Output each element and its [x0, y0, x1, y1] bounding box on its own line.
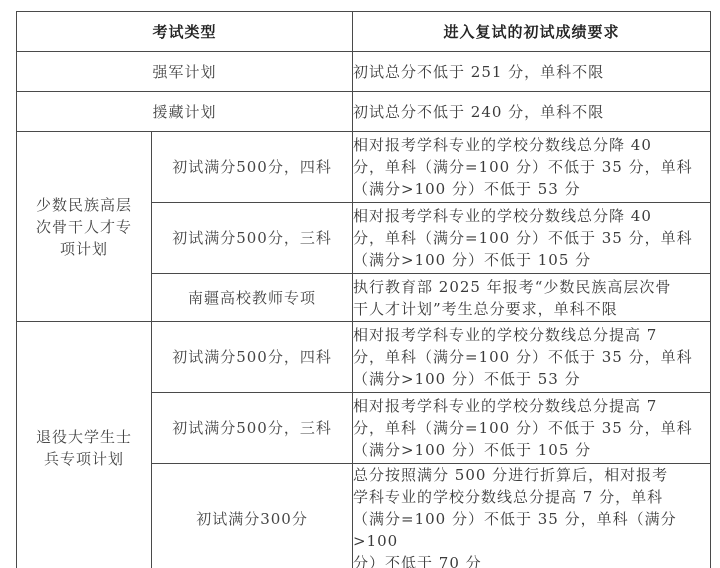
- table-row-minority-four-subjects: 少数民族高层 次骨干人才专 项计划 初试满分500分，四科 相对报考学科专业的学…: [17, 132, 711, 203]
- requirement-cell: 初试总分不低于 240 分，单科不限: [353, 92, 711, 132]
- subtype-cell: 初试满分500分，四科: [152, 322, 353, 393]
- subtype-cell: 初试满分500分，四科: [152, 132, 353, 203]
- table-row-yuanzang: 援藏计划 初试总分不低于 240 分，单科不限: [17, 92, 711, 132]
- subtype-cell: 初试满分500分，三科: [152, 203, 353, 274]
- exam-type-cell: 强军计划: [17, 52, 353, 92]
- group-cell-veteran: 退役大学生士 兵专项计划: [17, 322, 152, 568]
- requirement-cell: 初试总分不低于 251 分，单科不限: [353, 52, 711, 92]
- table-row-veteran-four-subjects: 退役大学生士 兵专项计划 初试满分500分，四科 相对报考学科专业的学校分数线总…: [17, 322, 711, 393]
- exam-type-cell: 援藏计划: [17, 92, 353, 132]
- subtype-cell: 南疆高校教师专项: [152, 274, 353, 322]
- header-row: 考试类型 进入复试的初试成绩要求: [17, 12, 711, 52]
- header-requirement: 进入复试的初试成绩要求: [353, 12, 711, 52]
- header-exam-type: 考试类型: [17, 12, 353, 52]
- requirement-cell: 执行教育部 2025 年报考“少数民族高层次骨 干人才计划”考生总分要求，单科不…: [353, 274, 711, 322]
- subtype-cell: 初试满分300分: [152, 464, 353, 568]
- requirement-cell: 相对报考学科专业的学校分数线总分提高 7 分，单科（满分=100 分）不低于 3…: [353, 322, 711, 393]
- group-cell-minority: 少数民族高层 次骨干人才专 项计划: [17, 132, 152, 322]
- subtype-cell: 初试满分500分，三科: [152, 393, 353, 464]
- requirement-cell: 相对报考学科专业的学校分数线总分降 40 分，单科（满分=100 分）不低于 3…: [353, 132, 711, 203]
- table-row-qiangjun: 强军计划 初试总分不低于 251 分，单科不限: [17, 52, 711, 92]
- requirement-cell: 总分按照满分 500 分进行折算后，相对报考 学科专业的学校分数线总分提高 7 …: [353, 464, 711, 568]
- requirement-cell: 相对报考学科专业的学校分数线总分降 40 分，单科（满分=100 分）不低于 3…: [353, 203, 711, 274]
- requirement-cell: 相对报考学科专业的学校分数线总分提高 7 分，单科（满分=100 分）不低于 3…: [353, 393, 711, 464]
- score-requirements-table: 考试类型 进入复试的初试成绩要求 强军计划 初试总分不低于 251 分，单科不限…: [16, 11, 711, 568]
